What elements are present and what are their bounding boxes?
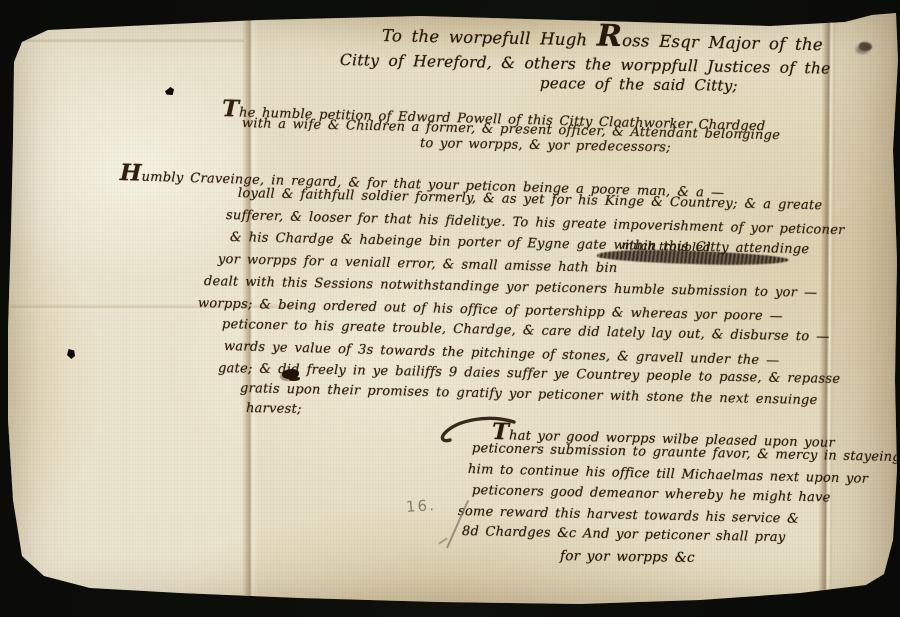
prayer-line: peticoners submission to graunte favor, … [472,441,900,465]
heading-line: Citty of Hereford, & others the worppful… [340,51,831,78]
pencil-folio-number: 16. [405,496,436,516]
prayer-line: 8d Chardges &c And yor peticoner shall p… [462,524,786,545]
fold-crease-horizontal-top [12,38,244,45]
body-line: yor worpps for a veniall error, & small … [218,252,618,276]
heading-text: To the worpefull Hugh [382,26,597,49]
pencil-check-hook [438,537,447,544]
prayer-line: him to continue his office till Michaelm… [468,462,869,487]
worm-hole-left [67,349,75,359]
photograph-backdrop: To the worpefull Hugh Ross Esqr Major of… [0,0,900,617]
ink-blot [282,369,299,379]
heading-line: peace of the said Citty; [540,74,738,95]
prayer-line: peticoners good demeanor whereby he migh… [472,483,831,506]
worm-hole-top [165,87,174,95]
body-line: harvest; [246,401,302,417]
right-fold-panel-shade [830,0,900,617]
heading-line: To the worpefull Hugh Ross Esqr Major of… [382,26,823,54]
heading-text: oss Esqr Major of the [622,31,823,54]
paper-sheet: To the worpefull Hugh Ross Esqr Major of… [0,0,900,617]
body-line: gratis upon their promises to gratify yo… [240,381,818,408]
ink-smudge [859,42,872,51]
interlinear-correction: much troubled [622,238,711,254]
prayer-line: some reward this harvest towards his ser… [458,504,799,527]
closing-line: for yor worpps &c [560,548,695,566]
heading-capital-R: R [597,19,623,55]
fold-crease-right [818,10,837,606]
title-line: to yor worpps, & yor predecessors; [420,136,671,155]
body-line: dealt with this Sessions notwithstanding… [204,274,818,301]
